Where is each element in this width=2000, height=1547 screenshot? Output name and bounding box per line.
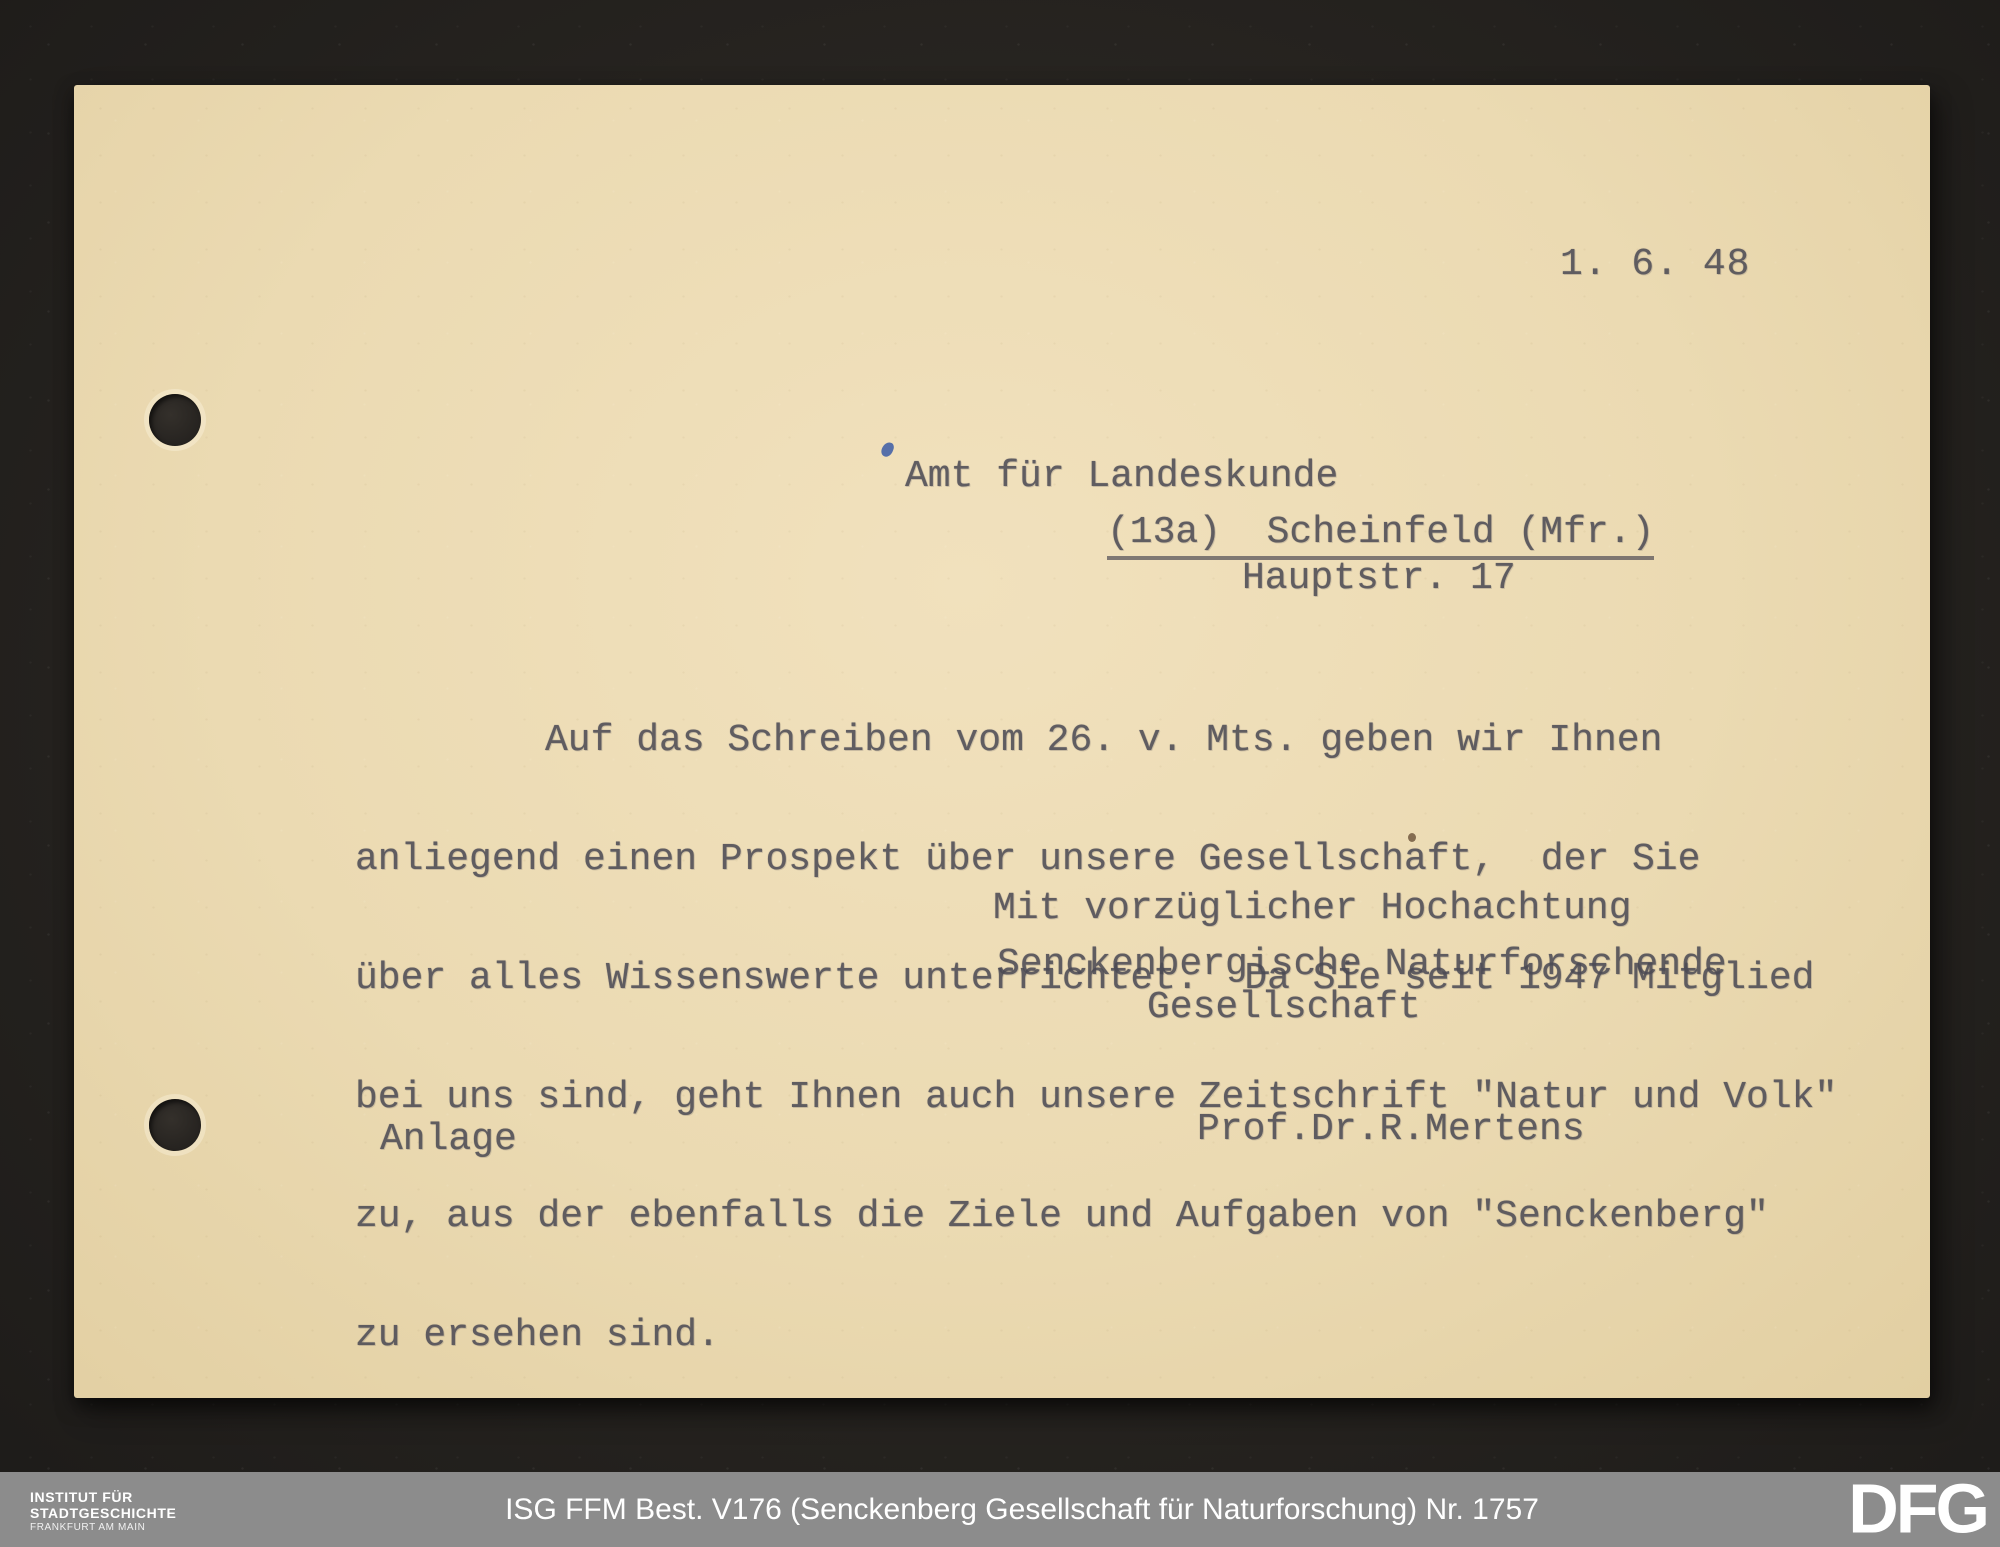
institute-logo: INSTITUT FÜR STADTGESCHICHTE FRANKFURT A… — [30, 1489, 176, 1534]
recipient-street: Hauptstr. 17 — [1242, 559, 1516, 599]
recipient-place-underlined: (13a) Scheinfeld (Mfr.) — [1107, 511, 1654, 560]
institute-logo-line-3: FRANKFURT AM MAIN — [30, 1521, 176, 1534]
blue-ink-speck — [880, 440, 896, 458]
body-line: anliegend einen Prospekt über unsere Ges… — [355, 840, 1837, 879]
closing-salutation: Mit vorzüglicher Hochachtung — [993, 889, 1632, 929]
recipient-place: (13a) Scheinfeld (Mfr.) — [1107, 513, 1654, 553]
signature-name: Prof.Dr.R.Mertens — [1197, 1110, 1585, 1150]
punch-hole-top — [149, 394, 201, 446]
letter-page: 1. 6. 48 Amt für Landeskunde (13a) Schei… — [74, 85, 1930, 1398]
punch-hole-bottom — [146, 1096, 205, 1155]
body-line: Auf das Schreiben vom 26. v. Mts. geben … — [355, 721, 1837, 760]
body-line: zu, aus der ebenfalls die Ziele und Aufg… — [355, 1197, 1837, 1236]
recipient-name: Amt für Landeskunde — [905, 457, 1338, 497]
institute-logo-line-1: INSTITUT FÜR — [30, 1489, 176, 1505]
dfg-logo: DFG — [1848, 1468, 1987, 1547]
institute-logo-line-2: STADTGESCHICHTE — [30, 1505, 176, 1521]
letter-date: 1. 6. 48 — [1560, 245, 1750, 285]
closing-organization-line-2: Gesellschaft — [1147, 988, 1421, 1028]
scan-viewport: 1. 6. 48 Amt für Landeskunde (13a) Schei… — [0, 0, 2000, 1547]
body-line: bei uns sind, geht Ihnen auch unsere Zei… — [355, 1078, 1837, 1117]
letter-body: Auf das Schreiben vom 26. v. Mts. geben … — [355, 641, 1837, 1435]
archive-reference: ISG FFM Best. V176 (Senckenberg Gesellsc… — [505, 1493, 1539, 1527]
body-line: zu ersehen sind. — [355, 1316, 1837, 1355]
enclosure-note: Anlage — [380, 1120, 517, 1160]
archive-footer-bar: INSTITUT FÜR STADTGESCHICHTE FRANKFURT A… — [0, 1472, 2000, 1547]
closing-organization-line-1: Senckenbergische Naturforschende — [997, 945, 1727, 985]
